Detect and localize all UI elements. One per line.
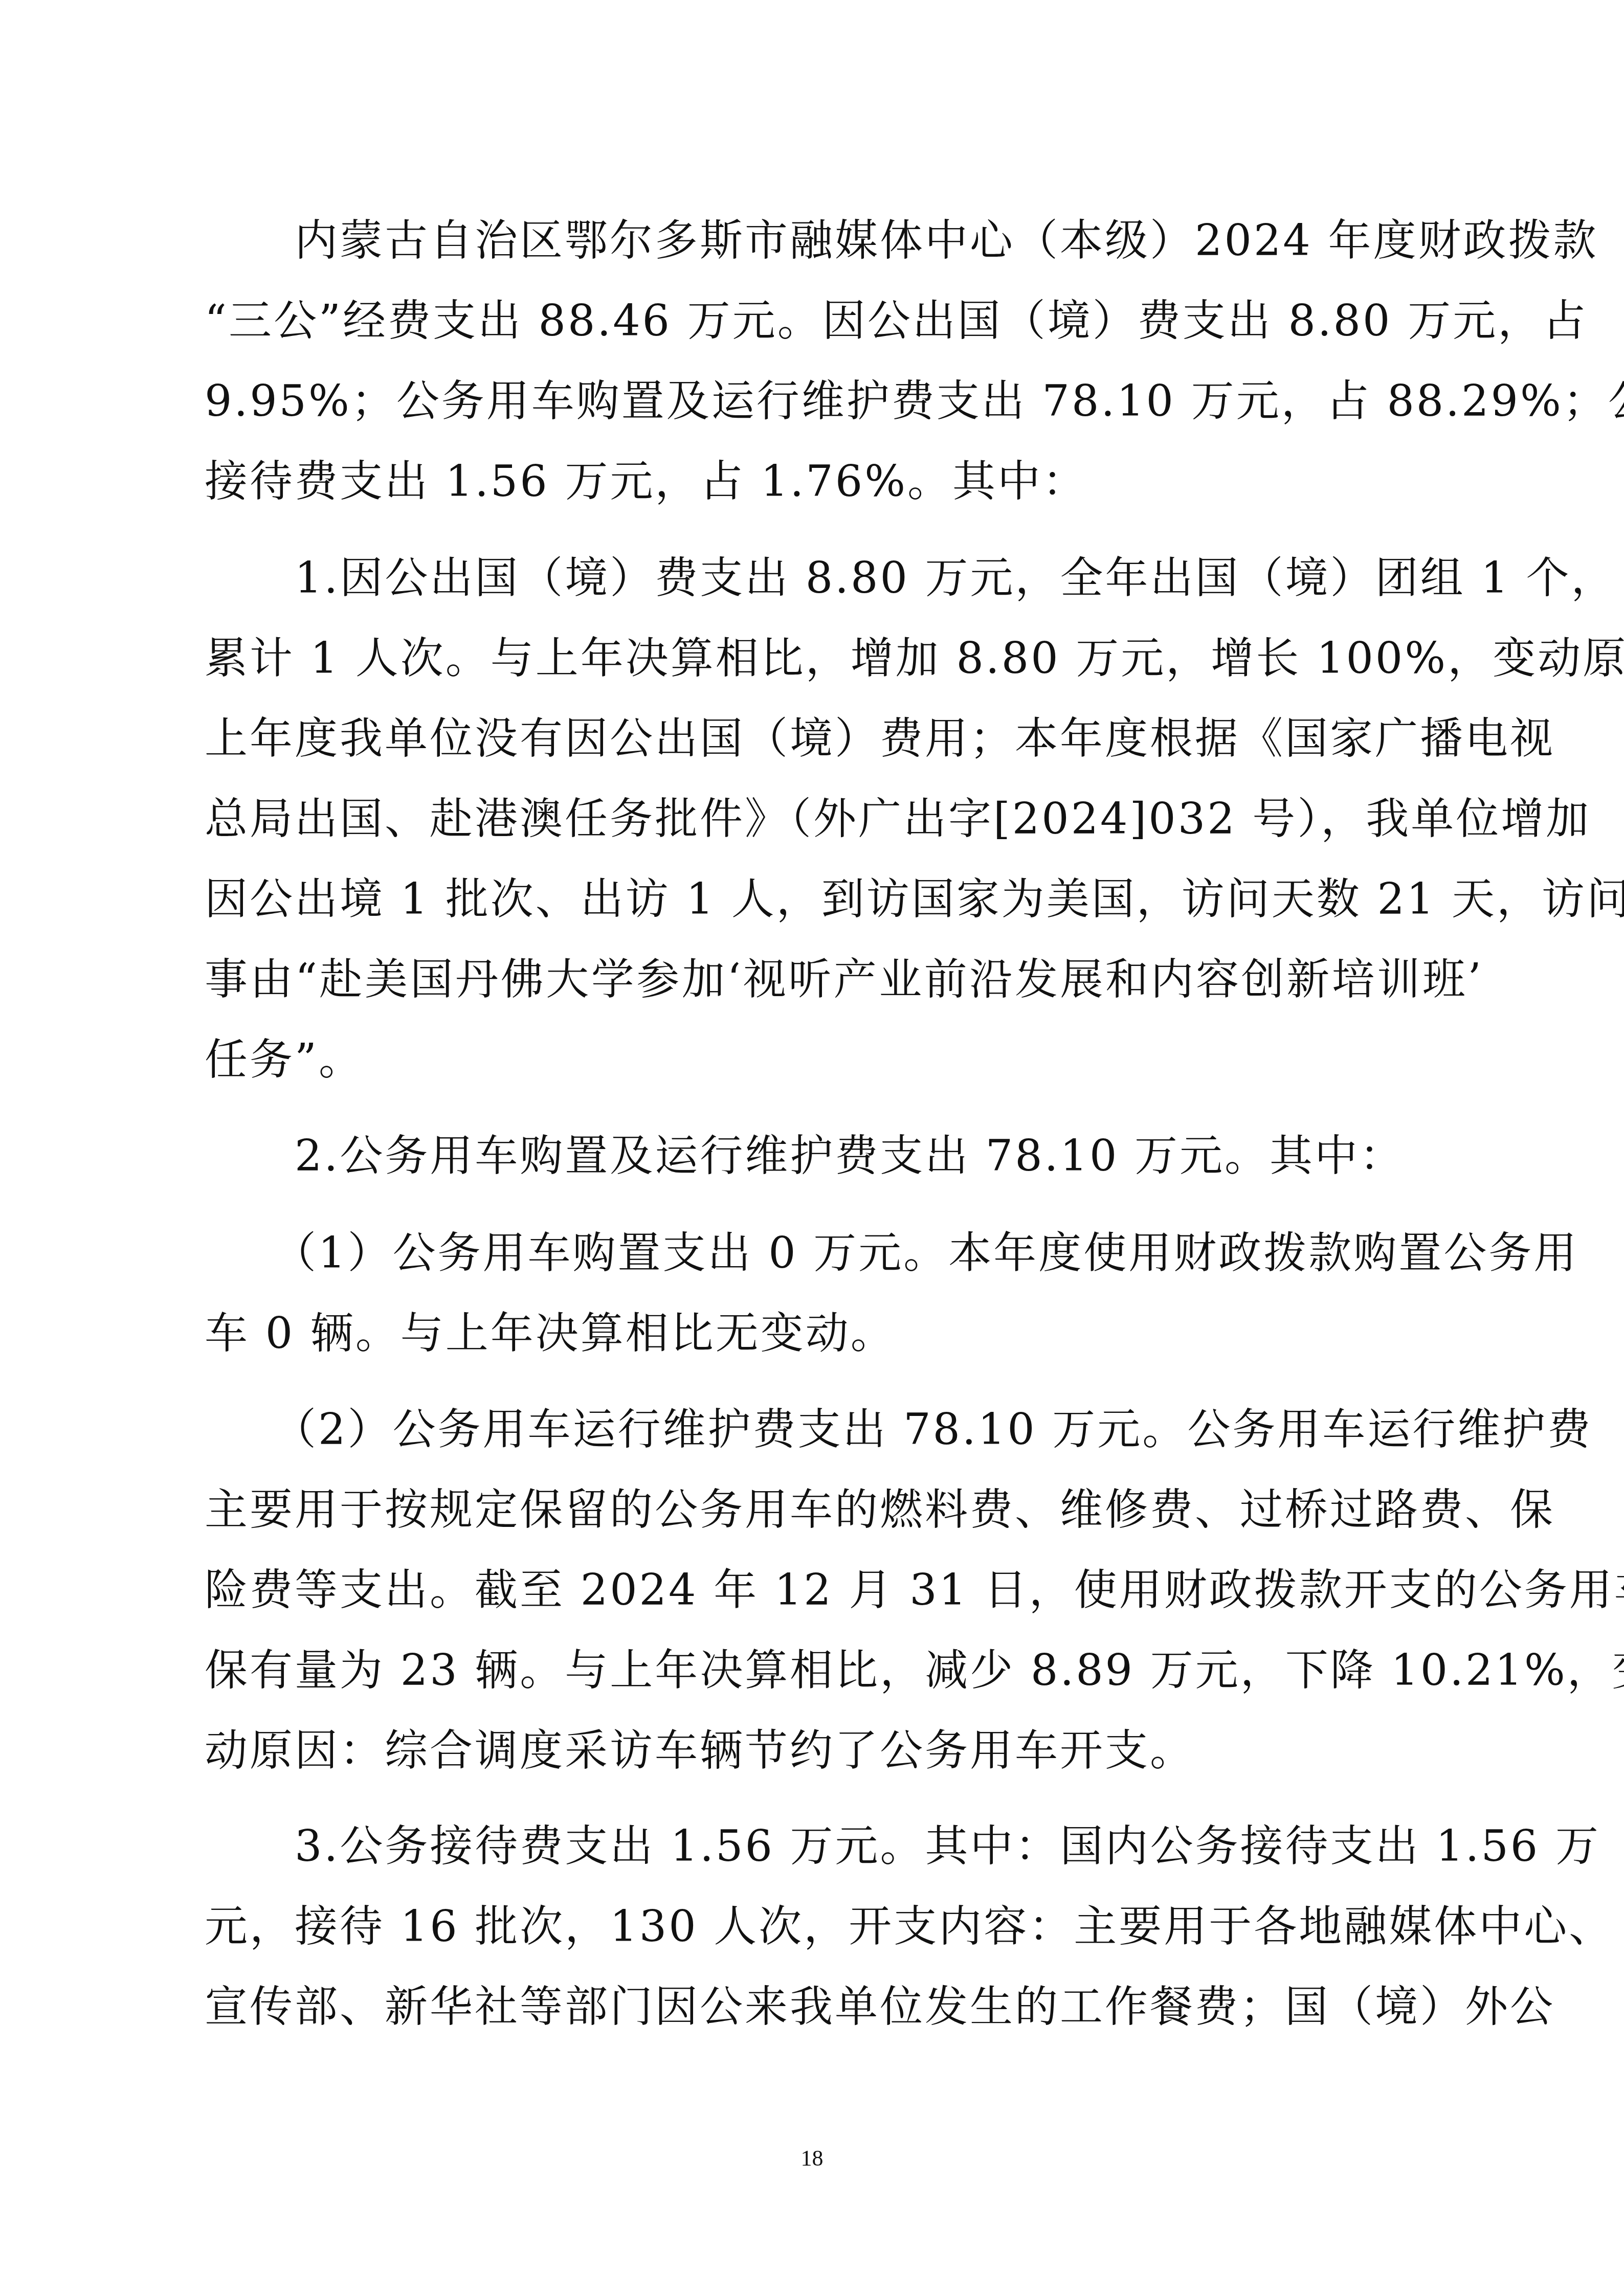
text-line: 累计 1 人次。与上年决算相比，增加 8.80 万元，增长 100%，变动原因： bbox=[205, 633, 1483, 684]
text-line: 上年度我单位没有因公出国（境）费用；本年度根据《国家广播电视 bbox=[205, 713, 1483, 764]
text-line: 2.公务用车购置及运行维护费支出 78.10 万元。其中： bbox=[205, 1130, 1483, 1181]
text-line: 主要用于按规定保留的公务用车的燃料费、维修费、过桥过路费、保 bbox=[205, 1484, 1483, 1535]
text-line: 3.公务接待费支出 1.56 万元。其中：国内公务接待支出 1.56 万 bbox=[205, 1820, 1483, 1872]
text-line: 因公出境 1 批次、出访 1 人，到访国家为美国，访问天数 21 天，访问 bbox=[205, 873, 1483, 925]
text-line: 接待费支出 1.56 万元，占 1.76%。其中： bbox=[205, 456, 1483, 507]
text-line: “三公”经费支出 88.46 万元。因公出国（境）费支出 8.80 万元，占 bbox=[205, 295, 1483, 346]
text-line: 险费等支出。截至 2024 年 12 月 31 日，使用财政拨款开支的公务用车 bbox=[205, 1564, 1483, 1615]
page-number: 18 bbox=[0, 2145, 1624, 2171]
text-line: （2）公务用车运行维护费支出 78.10 万元。公务用车运行维护费 bbox=[205, 1404, 1483, 1455]
text-line: 宣传部、新华社等部门因公来我单位发生的工作餐费；国（境）外公 bbox=[205, 1981, 1483, 2032]
document-page: 内蒙古自治区鄂尔多斯市融媒体中心（本级）2024 年度财政拨款 “三公”经费支出… bbox=[0, 0, 1624, 2296]
text-line: 任务”。 bbox=[205, 1034, 1483, 1085]
text-line: 保有量为 23 辆。与上年决算相比，减少 8.89 万元，下降 10.21%，变 bbox=[205, 1645, 1483, 1696]
text-line: 事由“赴美国丹佛大学参加‘视听产业前沿发展和内容创新培训班’ bbox=[205, 954, 1483, 1005]
text-line: 总局出国、赴港澳任务批件》（外广出字[2024]032 号），我单位增加 bbox=[205, 793, 1483, 844]
text-line: 动原因：综合调度采访车辆节约了公务用车开支。 bbox=[205, 1725, 1483, 1776]
text-line: 元，接待 16 批次，130 人次，开支内容：主要用于各地融媒体中心、 bbox=[205, 1901, 1483, 1952]
text-line: 车 0 辆。与上年决算相比无变动。 bbox=[205, 1308, 1483, 1359]
text-line: （1）公务用车购置支出 0 万元。本年度使用财政拨款购置公务用 bbox=[205, 1227, 1483, 1278]
text-line: 9.95%；公务用车购置及运行维护费支出 78.10 万元，占 88.29%；公… bbox=[205, 375, 1483, 426]
text-line: 1.因公出国（境）费支出 8.80 万元，全年出国（境）团组 1 个， bbox=[205, 552, 1483, 603]
text-line: 内蒙古自治区鄂尔多斯市融媒体中心（本级）2024 年度财政拨款 bbox=[205, 215, 1483, 266]
